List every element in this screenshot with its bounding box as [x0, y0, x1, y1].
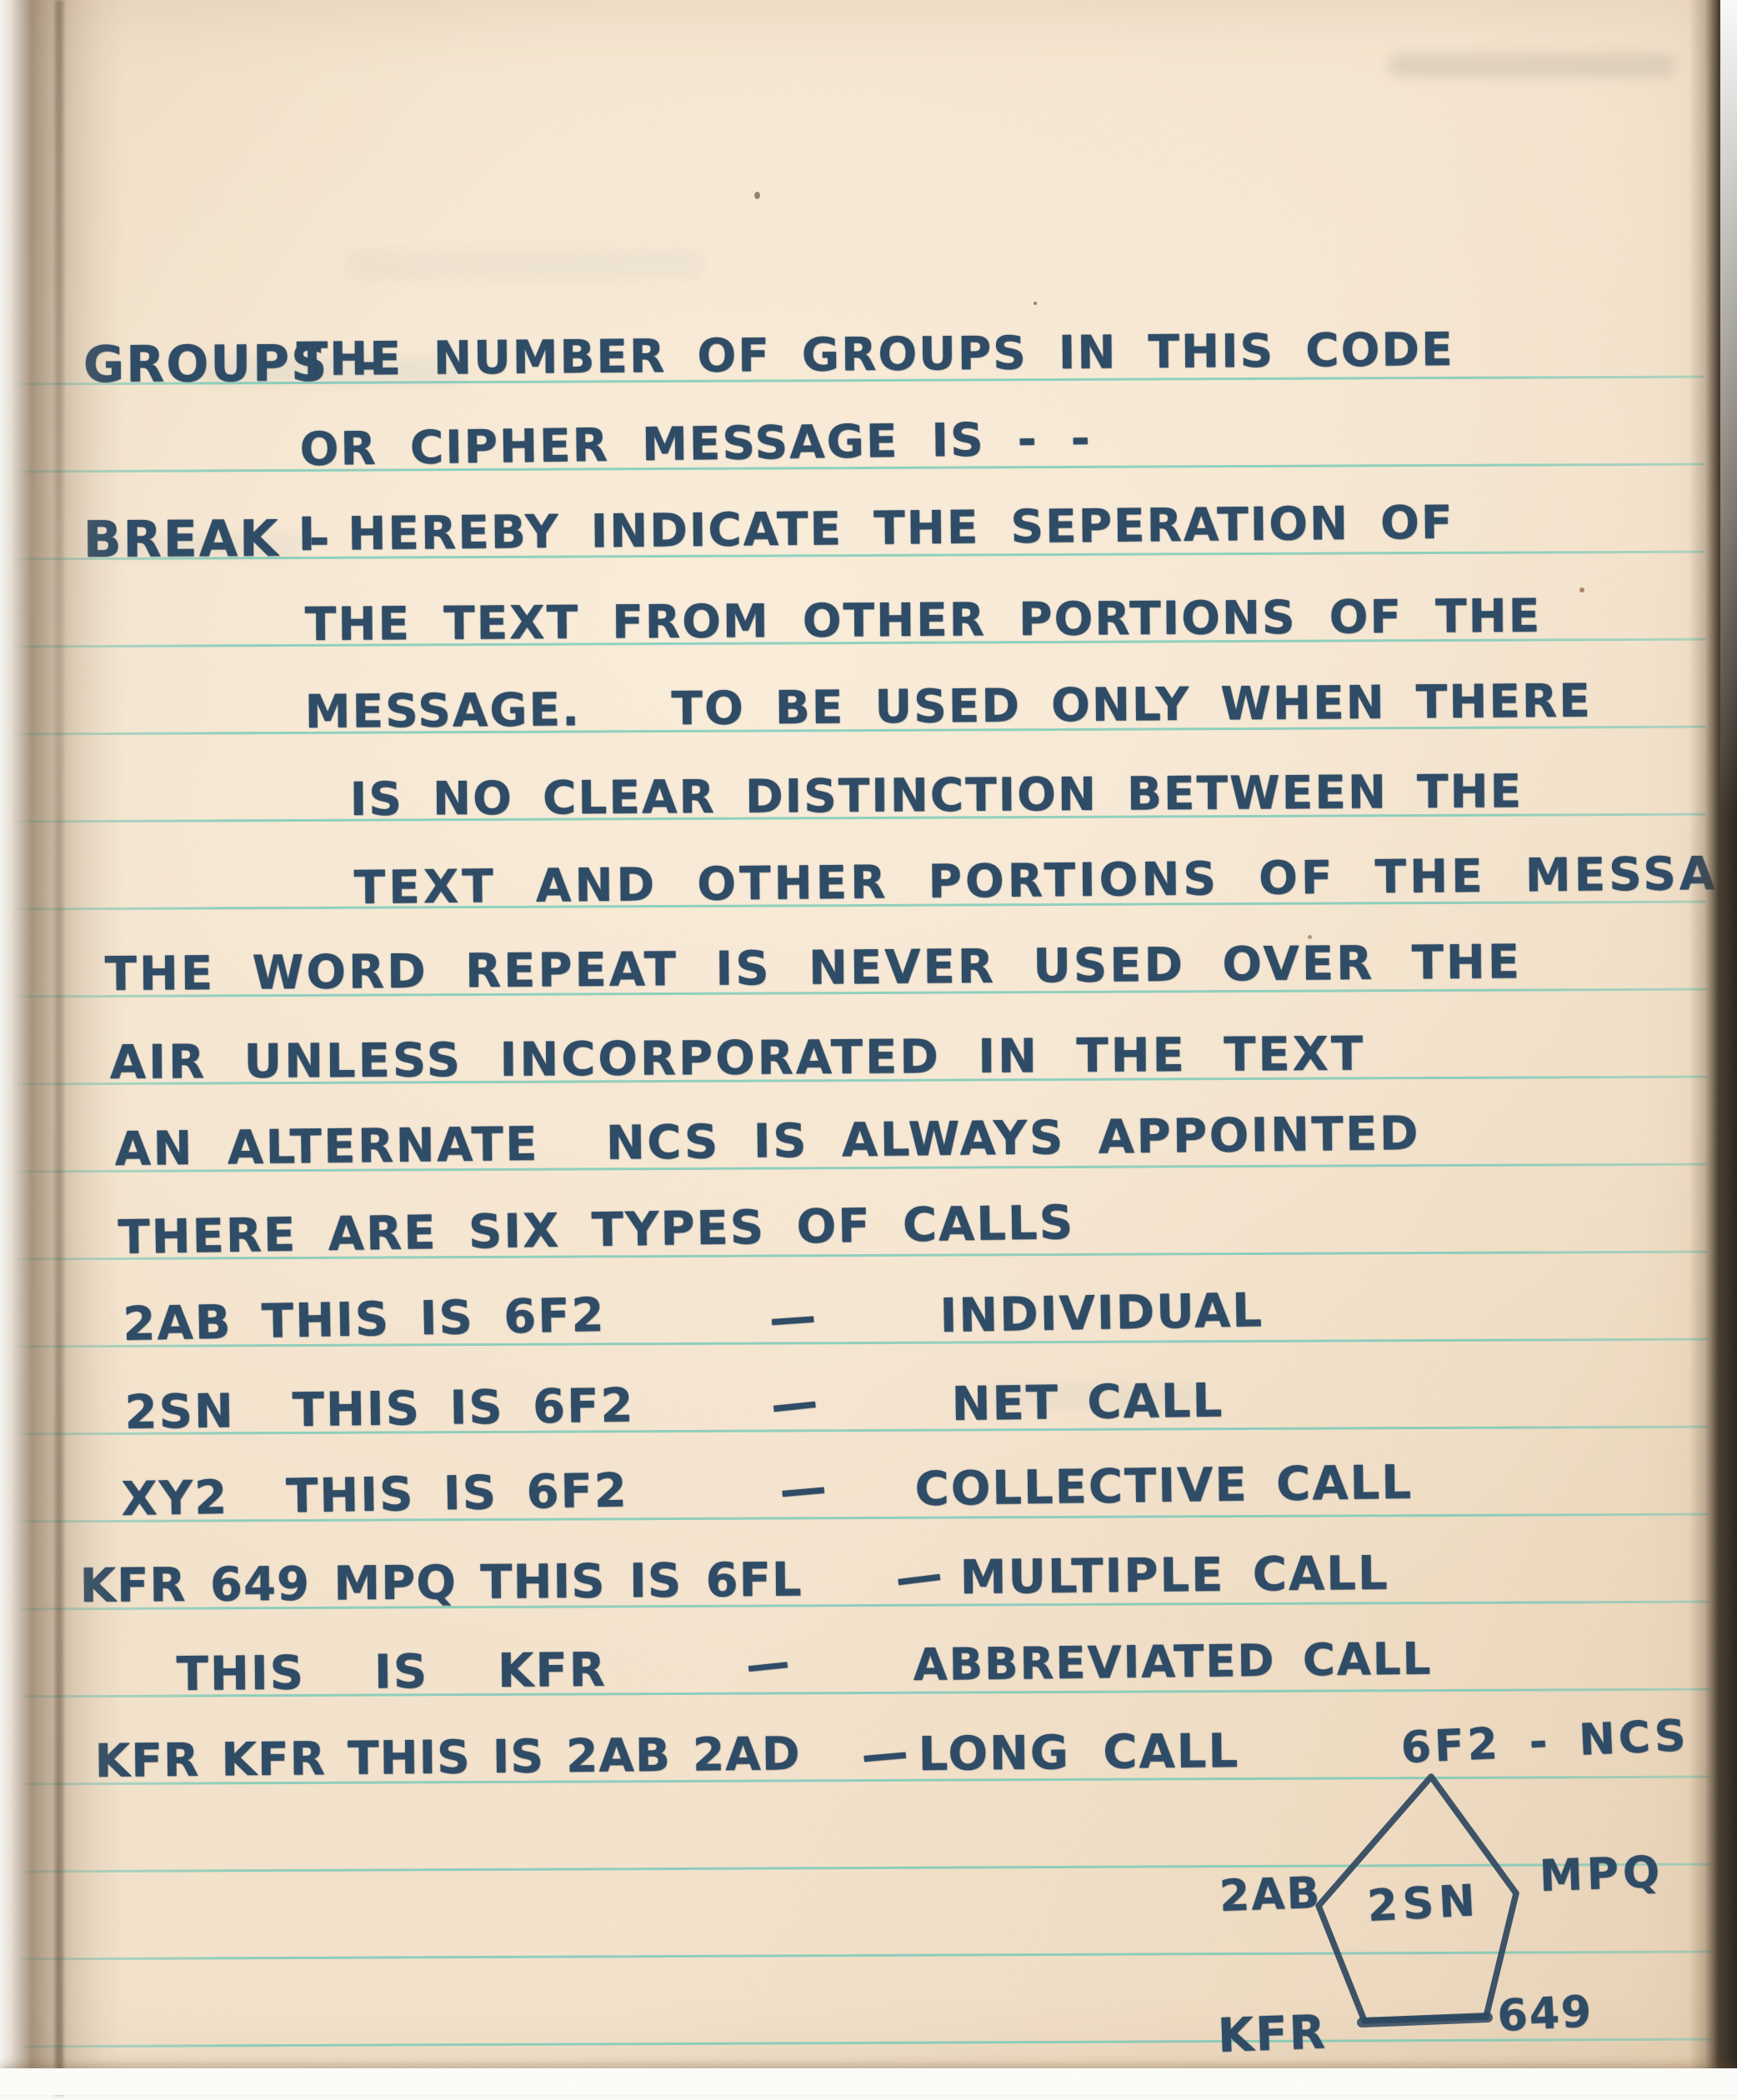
call-row-1-dash: — [768, 1293, 818, 1343]
call-row-1-type: INDIVIDUAL [939, 1287, 1264, 1340]
ink-speck [754, 192, 760, 199]
call-row-3-type: COLLECTIVE CALL [914, 1460, 1413, 1513]
ink-speck [1579, 587, 1584, 592]
call-row-4-call: KFR 649 MPQ THIS IS 6FL [80, 1557, 803, 1610]
binding-crease [55, 0, 63, 2095]
call-row-5-call: THIS IS KFR [176, 1647, 607, 1698]
call-row-3-dash: — [778, 1464, 828, 1515]
scan-background-corner [1720, 0, 1737, 817]
call-row-2-call: 2SN THIS IS 6F2 [124, 1382, 634, 1437]
diagram-left-label: 2AB [1219, 1872, 1322, 1918]
diagram-right-label: MPQ [1539, 1851, 1664, 1898]
bleed-through-smudge [1388, 53, 1675, 78]
call-row-6-dash: — [859, 1729, 910, 1780]
diagram-bottom-left-label: KFR [1217, 2009, 1328, 2060]
groups-def-line-2: OR CIPHER MESSAGE IS - - [299, 416, 1092, 472]
call-row-2-type: NET CALL [951, 1377, 1224, 1428]
diagram-top-label: 6F2 - NCS [1400, 1714, 1690, 1770]
break-def-line-2: THE TEXT FROM OTHER PORTIONS OF THE [305, 593, 1542, 647]
pentagon-bottom-stroke [1362, 2017, 1488, 2022]
diagram-bottom-right-label: 649 [1496, 1990, 1594, 2038]
call-row-5-dash: — [744, 1641, 792, 1688]
call-row-5-type: ABBREVIATED CALL [913, 1637, 1432, 1687]
break-def-line-5: TEXT AND OTHER PORTIONS OF THE MESSAGE [353, 850, 1737, 911]
note-line-1: THE WORD REPEAT IS NEVER USED OVER THE [105, 939, 1523, 998]
diagram-center-label: 2SN [1366, 1879, 1481, 1928]
break-def-line-1: I HEREBY INDICATE THE SEPERATION OF [298, 499, 1454, 557]
call-row-4-type: MULTIPLE CALL [959, 1551, 1389, 1602]
scan-background-bottom [0, 2068, 1737, 2095]
ink-speck [1034, 302, 1037, 305]
break-def-line-4: IS NO CLEAR DISTINCTION BETWEEN THE [350, 768, 1524, 822]
bleed-through-smudge [346, 250, 704, 280]
call-row-1-call: 2AB THIS IS 6F2 [123, 1292, 606, 1348]
call-row-4-dash: — [893, 1552, 944, 1603]
break-def-line-3: MESSAGE. TO BE USED ONLY WHEN THERE [305, 678, 1593, 735]
call-row-2-dash: — [768, 1378, 820, 1430]
notebook-page-scan: GROUPS - THE NUMBER OF GROUPS IN THIS CO… [0, 0, 1737, 2095]
call-row-3-call: XY2 THIS IS 6F2 [121, 1467, 628, 1523]
groups-def-line-1: THE NUMBER OF GROUPS IN THIS CODE [297, 327, 1454, 382]
note-line-2: AIR UNLESS INCORPORATED IN THE TEXT [110, 1031, 1366, 1087]
call-row-6-call: KFR KFR THIS IS 2AB 2AD [94, 1731, 800, 1784]
